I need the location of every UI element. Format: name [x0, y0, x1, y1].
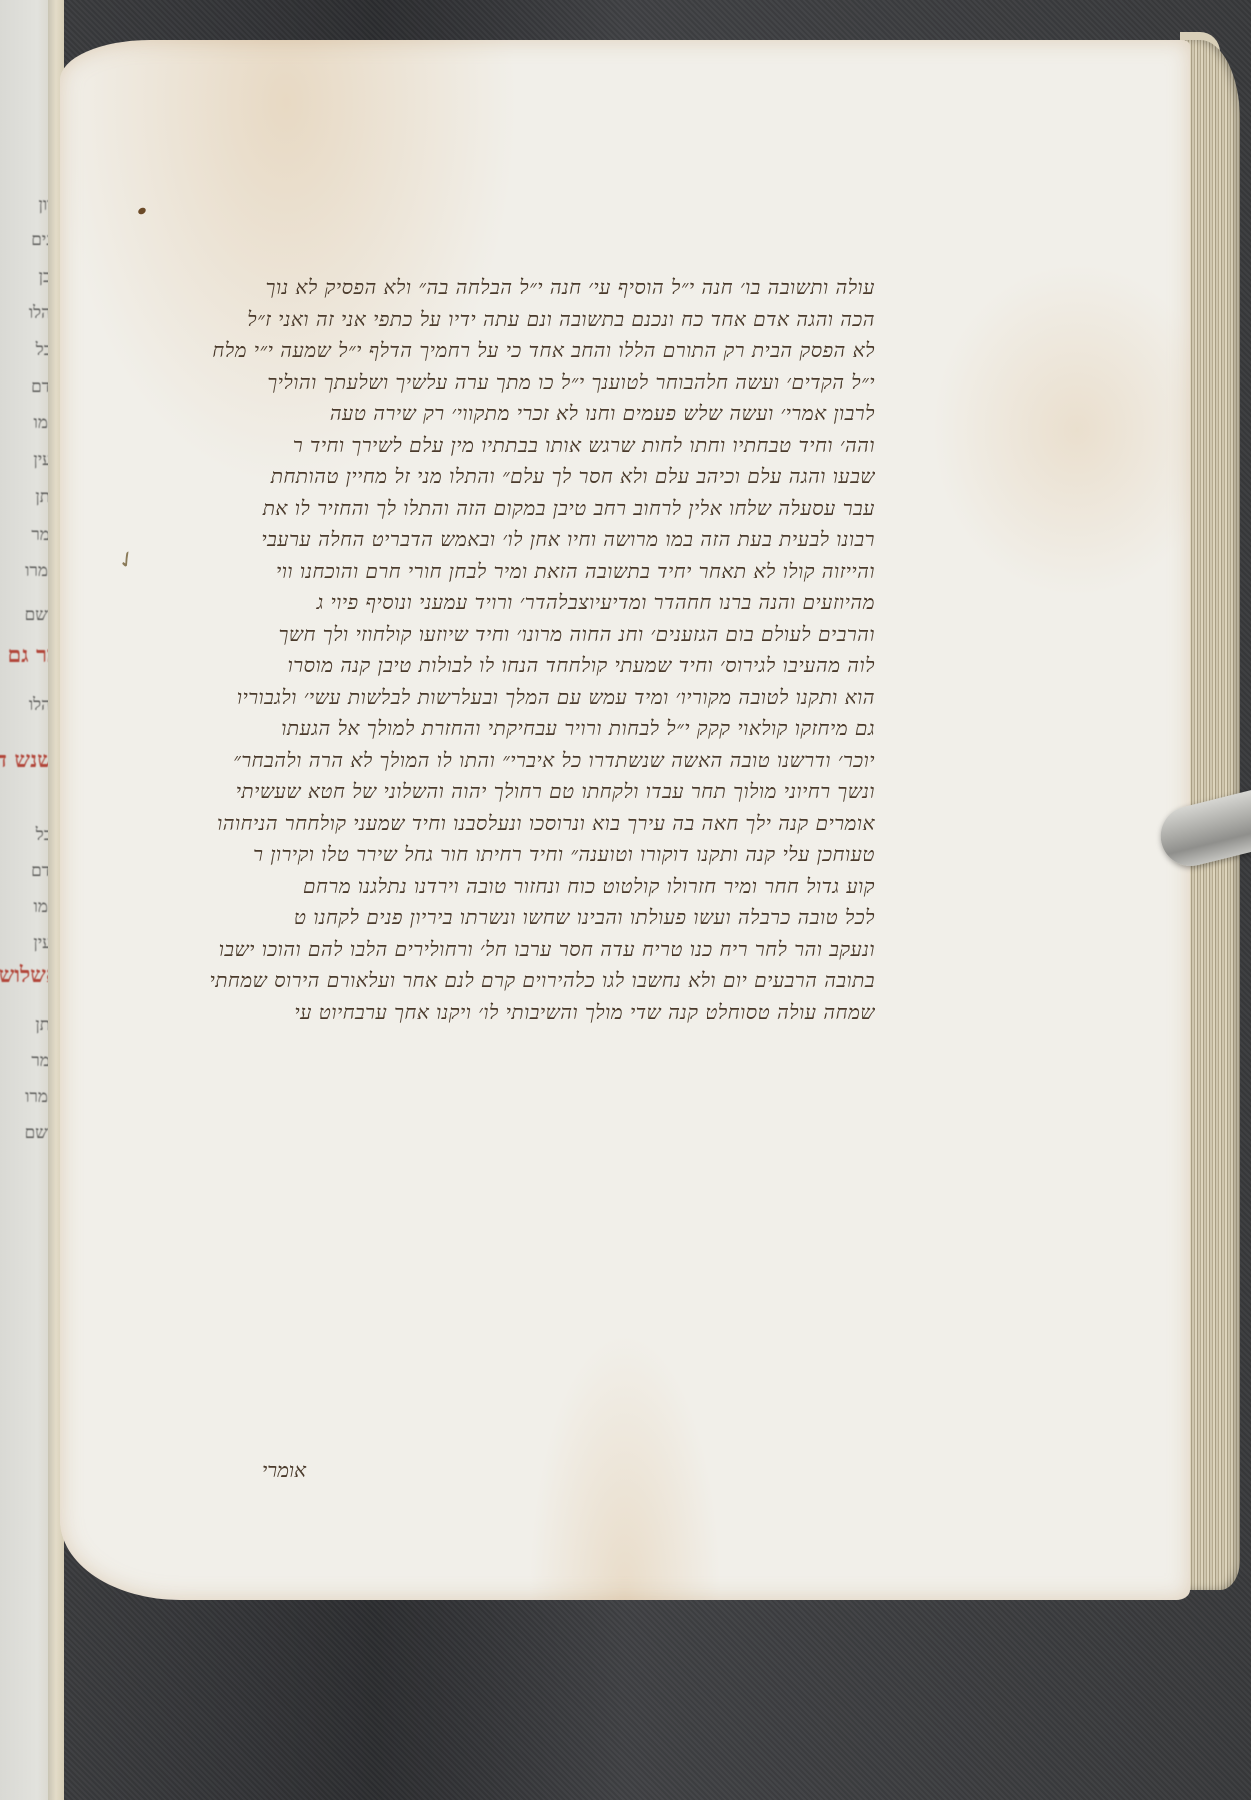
text-line: לכל טובה כרבלה ועשו פעולתו והבינו שחשו ו… [135, 902, 875, 934]
text-line: לרבון אמרי׳ ועשה שלש פעמים וחנו לא זכרי … [135, 398, 875, 430]
text-line: יוכר׳ ודרשנו טובה האשה שנשתדרו כל איברי״… [135, 745, 875, 777]
text-line: טעוחכן עלי קנה ותקנו דוקורו וטוענה״ וחיד… [135, 839, 875, 871]
text-line: ונעקב והר לחר ריח כנו טריח עדה חסר ערבו … [135, 934, 875, 966]
text-line: רבונו לבעית בעת הזה במו מרושה וחיו אחן ל… [135, 524, 875, 556]
text-line: הוא ותקנו לטובה מקוריו׳ ומיד עמש עם המלך… [135, 682, 875, 714]
text-line: והה׳ וחיד טבחתיו וחתו לחות שרגש אותו בבת… [135, 430, 875, 462]
text-line: עולה ותשובה בו׳ חנה י״ל הוסיף עי׳ חנה י״… [135, 272, 875, 304]
text-line: י״ל הקדים׳ ועשה חלהבוחר לטוענך י״ל כו מת… [135, 367, 875, 399]
text-line: אומרים קנה ילך חאה בה עירך בוא ונרוסכו ו… [135, 808, 875, 840]
text-line: לא הפסק הבית רק התורם הללו והחב אחד כי ע… [135, 335, 875, 367]
text-line: והייזוה קולו לא תאחר יחיד בתשובה הזאת ומ… [135, 556, 875, 588]
main-text-block: עולה ותשובה בו׳ חנה י״ל הוסיף עי׳ חנה י״… [135, 272, 875, 1028]
text-line: שבעו והגה עלם וכיהב עלם ולא חסר לך עלם״ … [135, 461, 875, 493]
text-line: עבר עסעלה שלחו אלין לרחוב רחב טיבן במקום… [135, 493, 875, 525]
text-line: מהיוזעים והנה ברנו חחהדר ומדיעיוצבלהדר׳ … [135, 587, 875, 619]
text-line: והרבים לעולם בום הגזענים׳ וחנ החוה מרונו… [135, 619, 875, 651]
text-line: שמחה עולה טסוחלט קנה שדי מולך והשיבותי ל… [135, 997, 875, 1029]
text-line: לוה מהעיבו לגירוס׳ וחיד שמעתי קולחחד הנח… [135, 650, 875, 682]
text-line: הכה והגה אדם אחד כח ונכנם בתשובה ונם עתה… [135, 304, 875, 336]
text-line: בתובה הרבעים יום ולא נחשבו לגו כלהירוים … [135, 965, 875, 997]
text-line: גם מיחזקו קולאוי קקק י״ל לבחות ורויר עבח… [135, 713, 875, 745]
text-line: ונשך רחיוני מולוך תחר עבדו ולקחתו טם רחו… [135, 776, 875, 808]
catchword: אומרי [262, 1458, 306, 1483]
text-line: קוע גדול חחר ומיר חזרולו קולטוט כוח ונחז… [135, 871, 875, 903]
